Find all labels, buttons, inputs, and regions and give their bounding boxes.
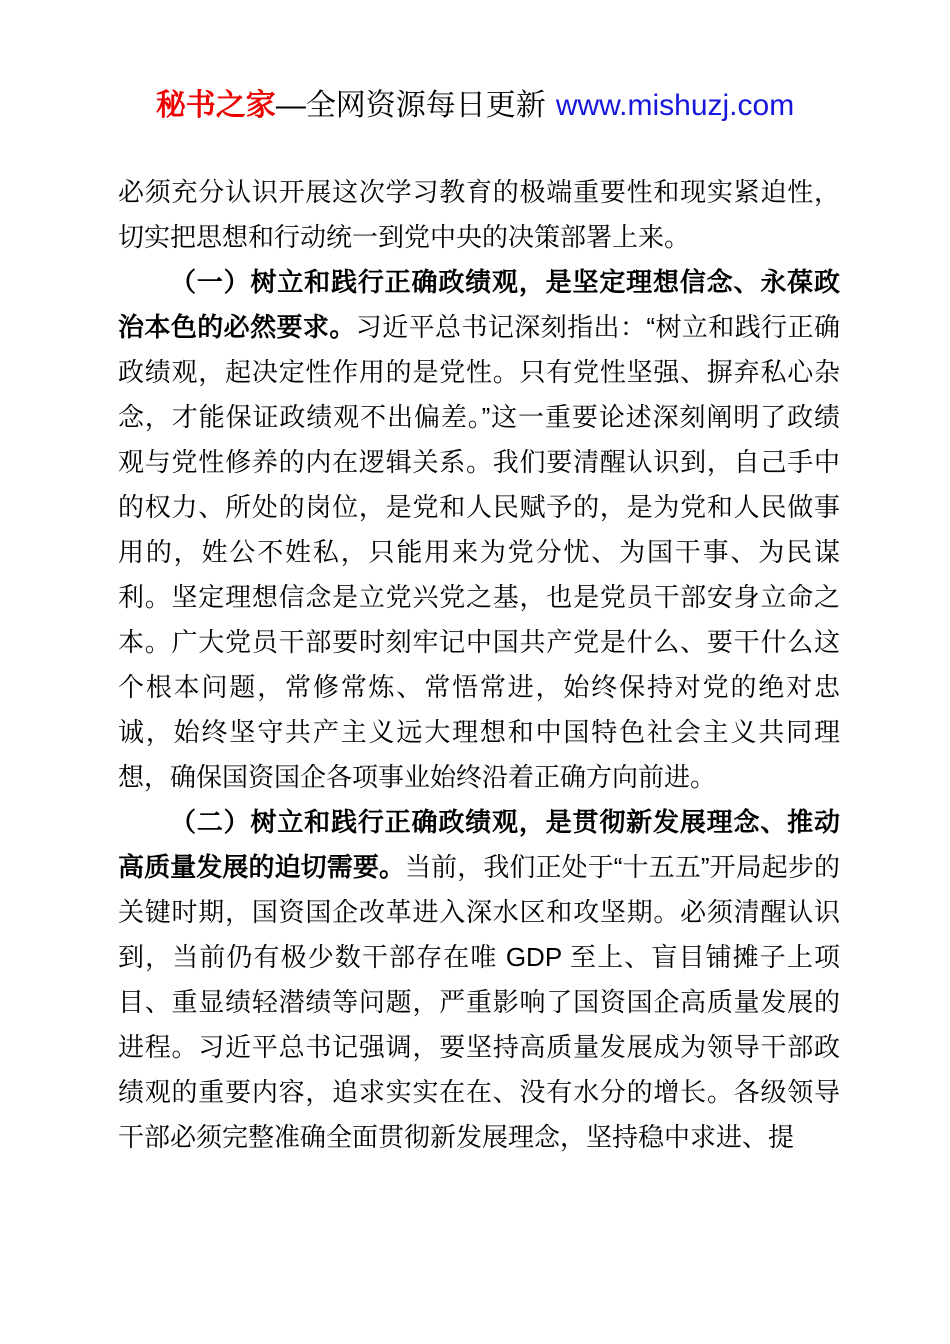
site-name: 秘书之家: [156, 89, 276, 122]
site-watermark-header: 秘书之家—全网资源每日更新www.mishuzj.com: [0, 88, 950, 124]
document-page: 秘书之家—全网资源每日更新www.mishuzj.com 必须充分认识开展这次学…: [0, 0, 950, 1344]
body-paragraph-1: 必须充分认识开展这次学习教育的极端重要性和现实紧迫性，切实把思想和行动统一到党中…: [118, 170, 840, 260]
site-tagline: —全网资源每日更新: [276, 89, 546, 122]
body-paragraph-3: （二）树立和践行正确政绩观，是贯彻新发展理念、推动高质量发展的迫切需要。当前，我…: [118, 800, 840, 1160]
body-paragraph-2: （一）树立和践行正确政绩观，是坚定理想信念、永葆政治本色的必然要求。习近平总书记…: [118, 260, 840, 800]
document-body: 必须充分认识开展这次学习教育的极端重要性和现实紧迫性，切实把思想和行动统一到党中…: [118, 170, 840, 1160]
paragraph-text: 必须充分认识开展这次学习教育的极端重要性和现实紧迫性，切实把思想和行动统一到党中…: [118, 177, 840, 252]
paragraph-text: 当前，我们正处于“十五五”开局起步的关键时期，国资国企改革进入深水区和攻坚期。必…: [118, 852, 840, 1152]
site-url-link[interactable]: www.mishuzj.com: [556, 89, 794, 122]
paragraph-text: 习近平总书记深刻指出：“树立和践行正确政绩观，起决定性作用的是党性。只有党性坚强…: [118, 312, 840, 792]
